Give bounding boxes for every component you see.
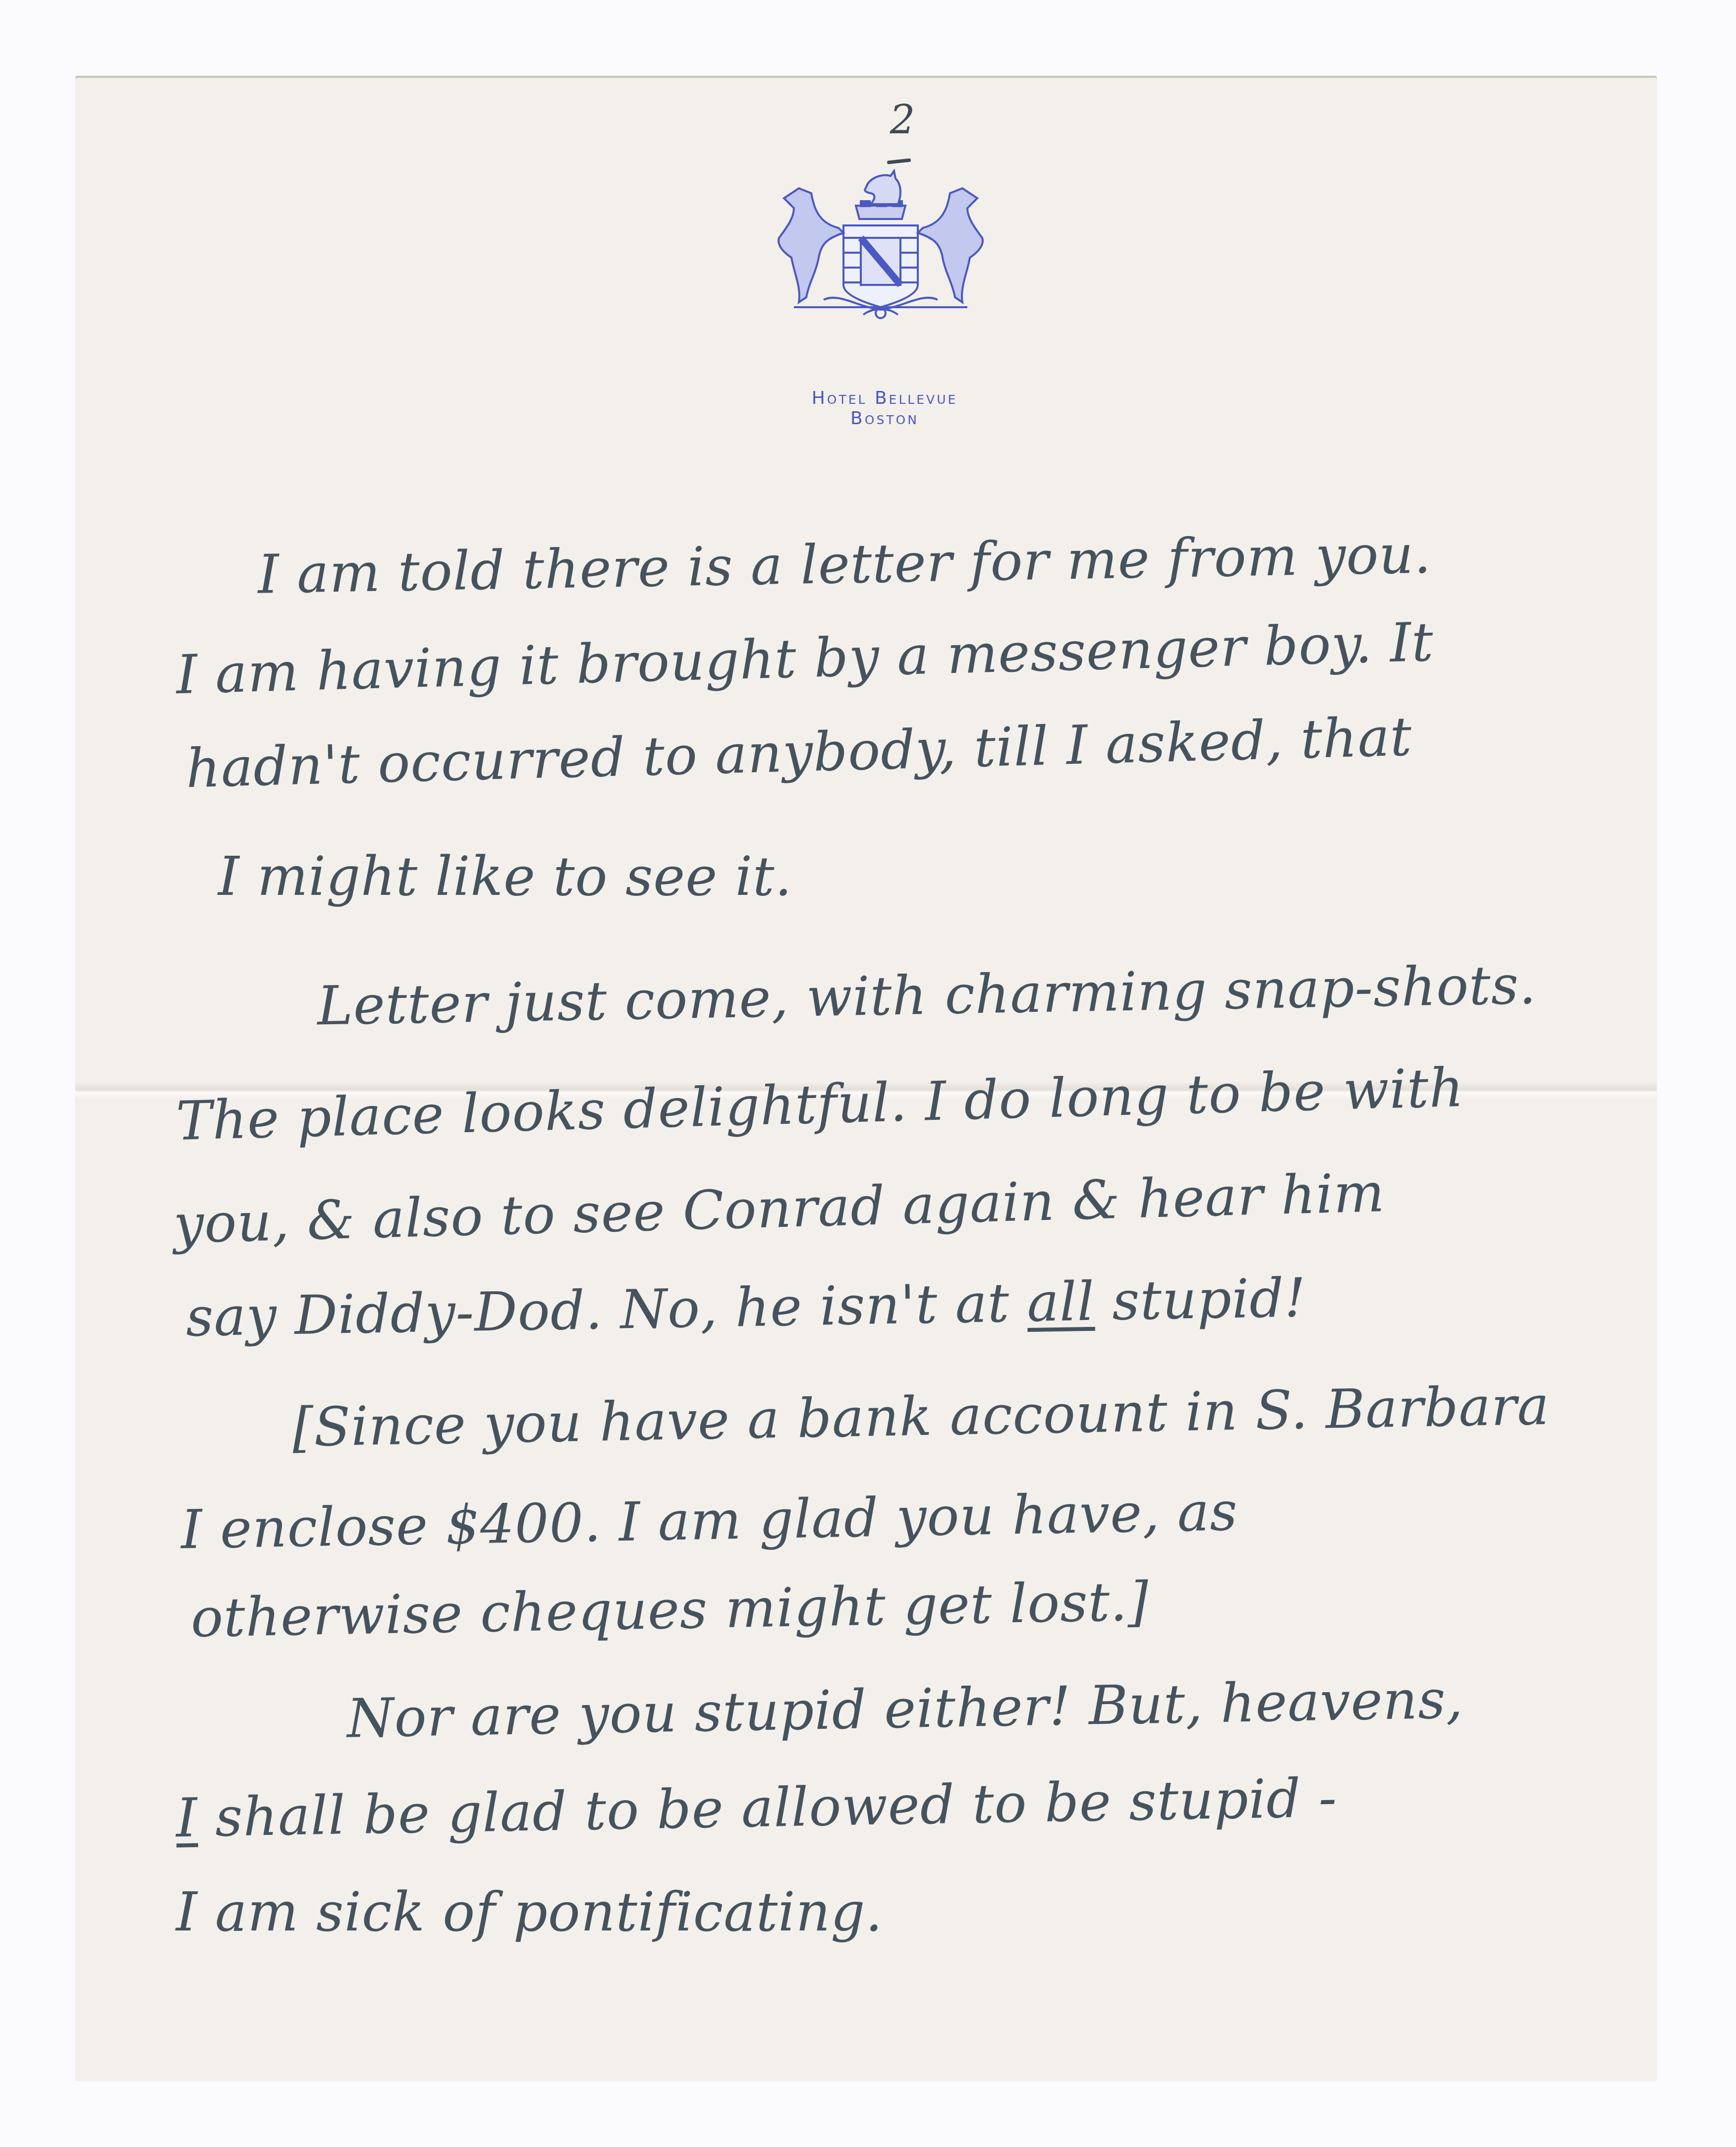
letterhead-city: Boston: [743, 409, 1026, 428]
letter-line-4: I might like to see it.: [218, 847, 792, 907]
letterhead-hotel-name: Hotel Bellevue: [743, 389, 1026, 408]
line-8-post: stupid!: [1094, 1267, 1307, 1332]
underlined-word-i: I: [175, 1787, 198, 1850]
page-number: 2: [878, 97, 927, 143]
letter-line-14: I am sick of pontificating.: [176, 1883, 883, 1942]
heraldic-crest-icon: [764, 159, 997, 322]
underlined-word-all: all: [1026, 1271, 1095, 1334]
